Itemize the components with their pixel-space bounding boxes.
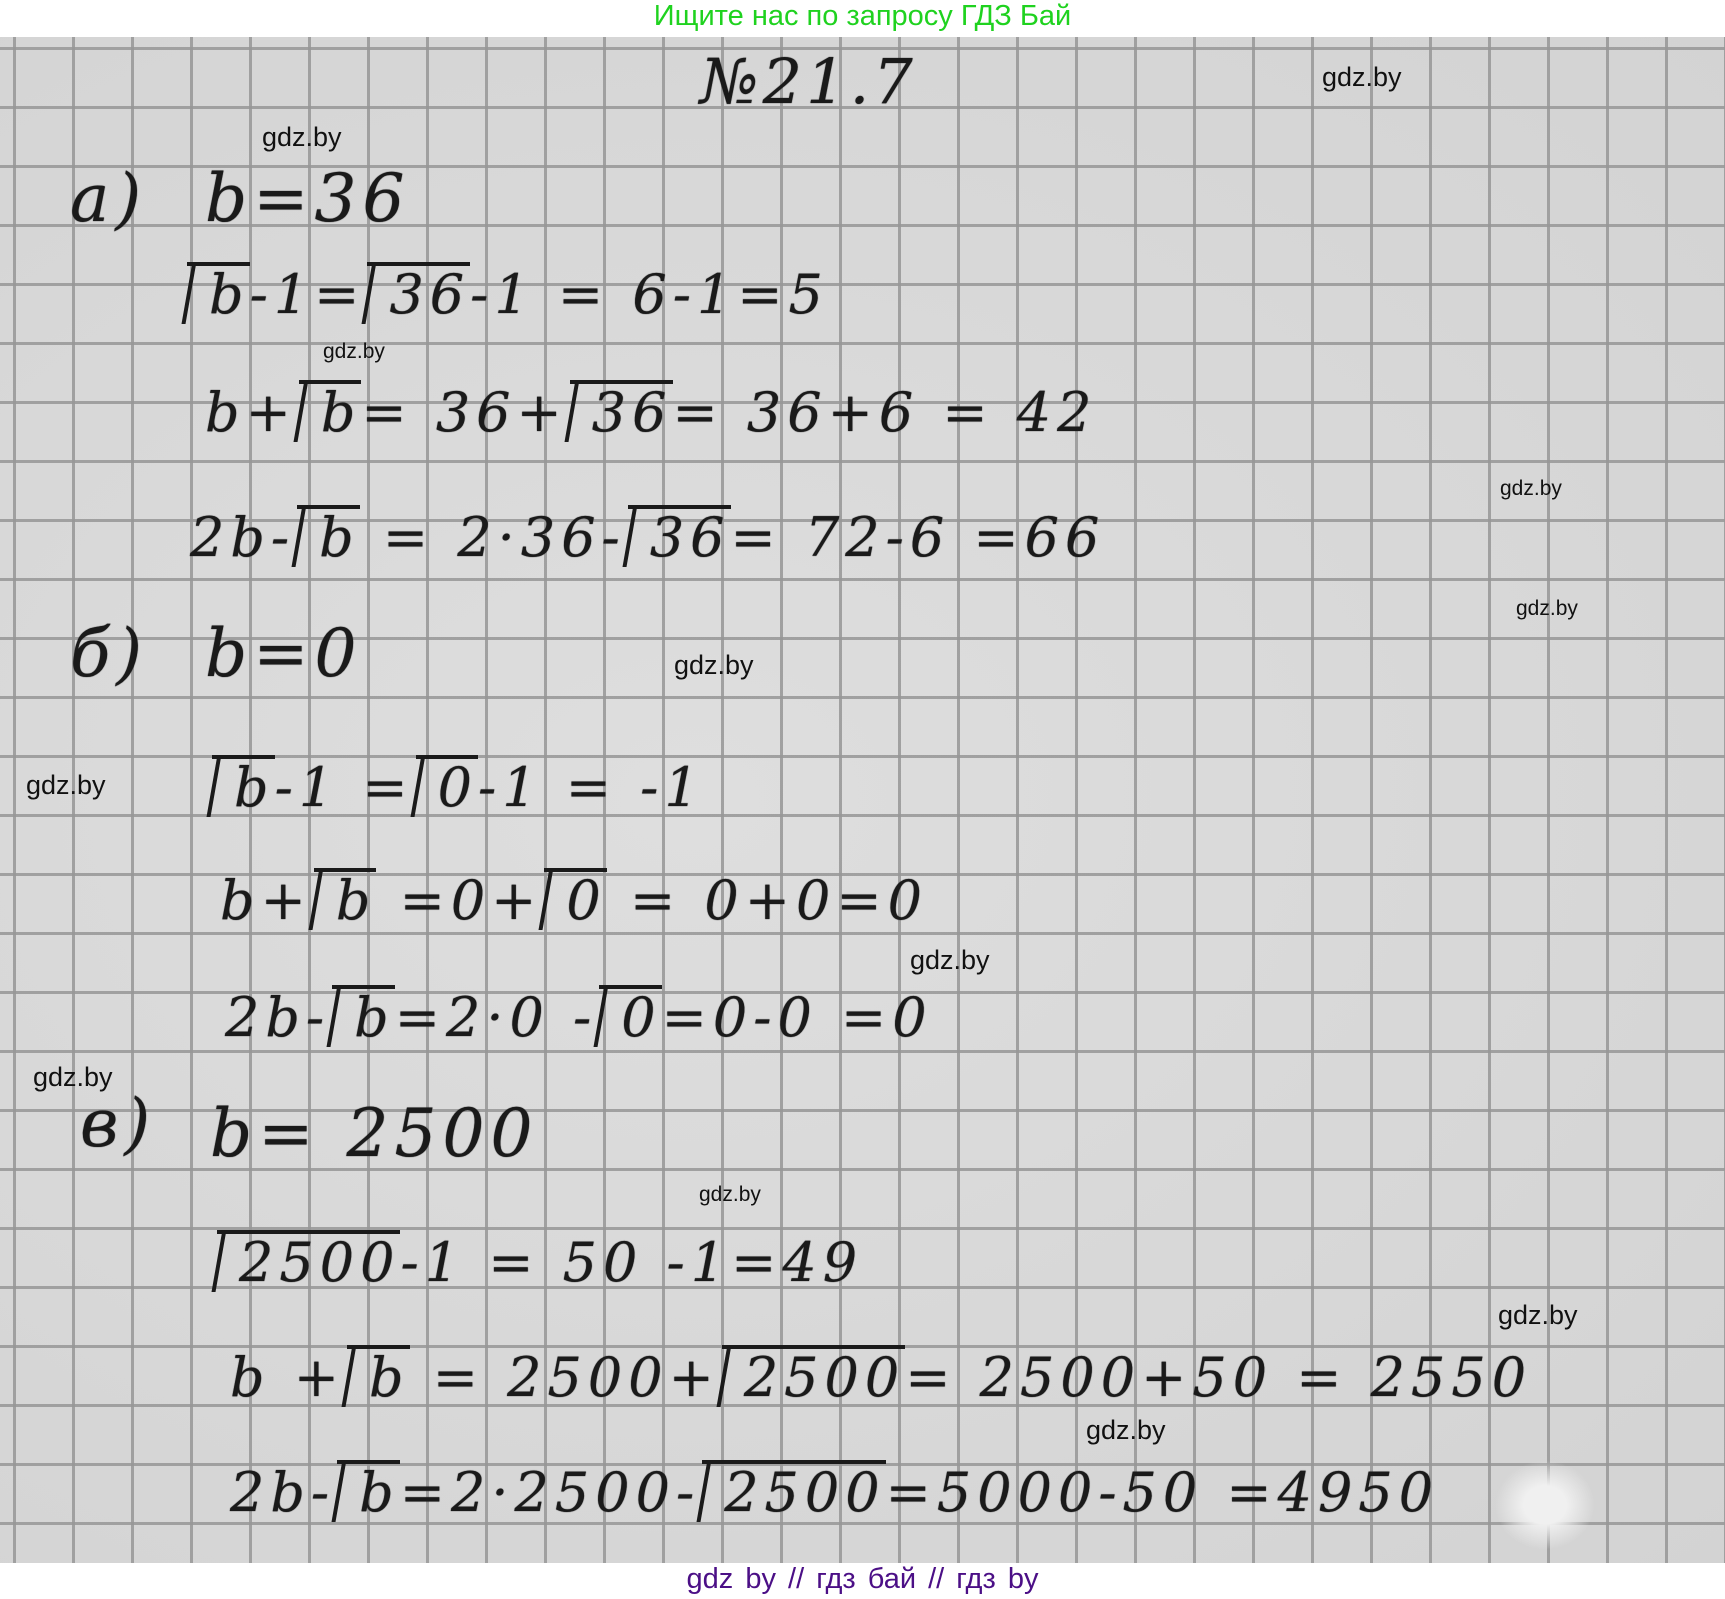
part-v-given: b= 2500	[210, 1095, 539, 1172]
sqrt-expression: 2500	[702, 1460, 885, 1520]
watermark: gdz.by	[699, 1183, 761, 1207]
watermark: gdz.by	[1500, 477, 1562, 501]
part-a-line-1: b-1=36-1 = 6-1=5	[185, 262, 829, 326]
expr-text: =0+	[376, 869, 542, 932]
watermark: gdz.by	[1516, 597, 1578, 621]
part-b-label: б)	[70, 615, 148, 692]
part-a-label: а)	[70, 160, 147, 237]
part-b-line-2: b+b =0+0 = 0+0=0	[220, 868, 928, 932]
expr-text: 2b-	[190, 506, 295, 569]
sqrt-expression: 2500	[217, 1230, 400, 1290]
sqrt-expression: b	[337, 1460, 400, 1520]
expr-text: = 2500+	[410, 1346, 720, 1409]
sqrt-expression: 36	[628, 505, 731, 565]
part-v-line-2: b +b = 2500+2500= 2500+50 = 2550	[230, 1345, 1532, 1409]
sqrt-expression: b	[297, 505, 360, 565]
expr-text: = 2·36-	[360, 506, 626, 569]
sqrt-expression: 0	[544, 868, 606, 928]
part-v-line-3: 2b-b=2·2500-2500=5000-50 =4950	[230, 1460, 1439, 1524]
expr-text: =2·0 -	[395, 986, 598, 1049]
expr-text: -1 =	[275, 756, 414, 819]
sqrt-expression: 2500	[722, 1345, 905, 1405]
expr-result: -1 = -1	[478, 756, 705, 819]
sqrt-expression: b	[332, 985, 395, 1045]
site-links-text: gdz by // гдз бай // гдз by	[687, 1563, 1039, 1595]
variable: b	[205, 160, 253, 237]
watermark: gdz.by	[262, 122, 342, 153]
sqrt-expression: 0	[416, 755, 478, 815]
sqrt-expression: b	[347, 1345, 410, 1405]
sqrt-expression: b	[212, 755, 275, 815]
expr-text: = 36+	[361, 381, 567, 444]
given-value: = 2500	[258, 1095, 538, 1172]
expr-text: =2·2500-	[400, 1461, 700, 1524]
sqrt-expression: b	[299, 380, 362, 440]
expr-text: 2b-	[230, 1461, 335, 1524]
sqrt-expression: b	[314, 868, 377, 928]
expr-result: = 36+6 = 42	[673, 381, 1098, 444]
watermark: gdz.by	[910, 945, 990, 976]
given-value: =36	[253, 160, 410, 237]
expr-text: b +	[230, 1346, 345, 1409]
sqrt-expression: b	[187, 262, 250, 322]
variable: b	[205, 615, 253, 692]
watermark: gdz.by	[26, 770, 106, 801]
expr-result: =0-0 =0	[662, 986, 933, 1049]
bottom-banner: gdz by // гдз бай // гдз by	[0, 1563, 1725, 1599]
search-promo-text: Ищите нас по запросу ГДЗ Бай	[654, 0, 1071, 32]
part-b-line-3: 2b-b=2·0 -0=0-0 =0	[225, 985, 933, 1049]
expr-result: =5000-50 =4950	[886, 1461, 1439, 1524]
expr-text: -1=	[250, 263, 366, 326]
part-a-line-3: 2b-b = 2·36-36= 72-6 =66	[190, 505, 1105, 569]
part-a-given: b=36	[205, 160, 411, 237]
sqrt-expression: 36	[570, 380, 673, 440]
given-value: =0	[253, 615, 362, 692]
correction-smudge	[1495, 1460, 1595, 1550]
part-v-label: в)	[80, 1085, 156, 1162]
expr-result: = 72-6 =66	[731, 506, 1106, 569]
watermark: gdz.by	[1086, 1415, 1166, 1446]
expr-text: 2b-	[225, 986, 330, 1049]
watermark: gdz.by	[1322, 62, 1402, 93]
sqrt-expression: 36	[367, 262, 470, 322]
part-v-line-1: 2500-1 = 50 -1=49	[215, 1230, 863, 1294]
top-banner: Ищите нас по запросу ГДЗ Бай	[0, 0, 1725, 37]
expr-result: -1 = 6-1=5	[470, 263, 829, 326]
problem-number: №21.7	[700, 45, 917, 118]
expr-result: = 2500+50 = 2550	[905, 1346, 1532, 1409]
expr-result: -1 = 50 -1=49	[400, 1231, 863, 1294]
watermark: gdz.by	[33, 1062, 113, 1093]
variable: b	[210, 1095, 258, 1172]
part-b-given: b=0	[205, 615, 363, 692]
watermark: gdz.by	[323, 340, 385, 364]
part-b-line-1: b-1 =0-1 = -1	[210, 755, 705, 819]
expr-text: b+	[205, 381, 297, 444]
sqrt-expression: 0	[599, 985, 661, 1045]
part-a-line-2: b+b= 36+36= 36+6 = 42	[205, 380, 1098, 444]
watermark: gdz.by	[674, 650, 754, 681]
watermark: gdz.by	[1498, 1300, 1578, 1331]
expr-text: b+	[220, 869, 312, 932]
expr-result: = 0+0=0	[607, 869, 928, 932]
